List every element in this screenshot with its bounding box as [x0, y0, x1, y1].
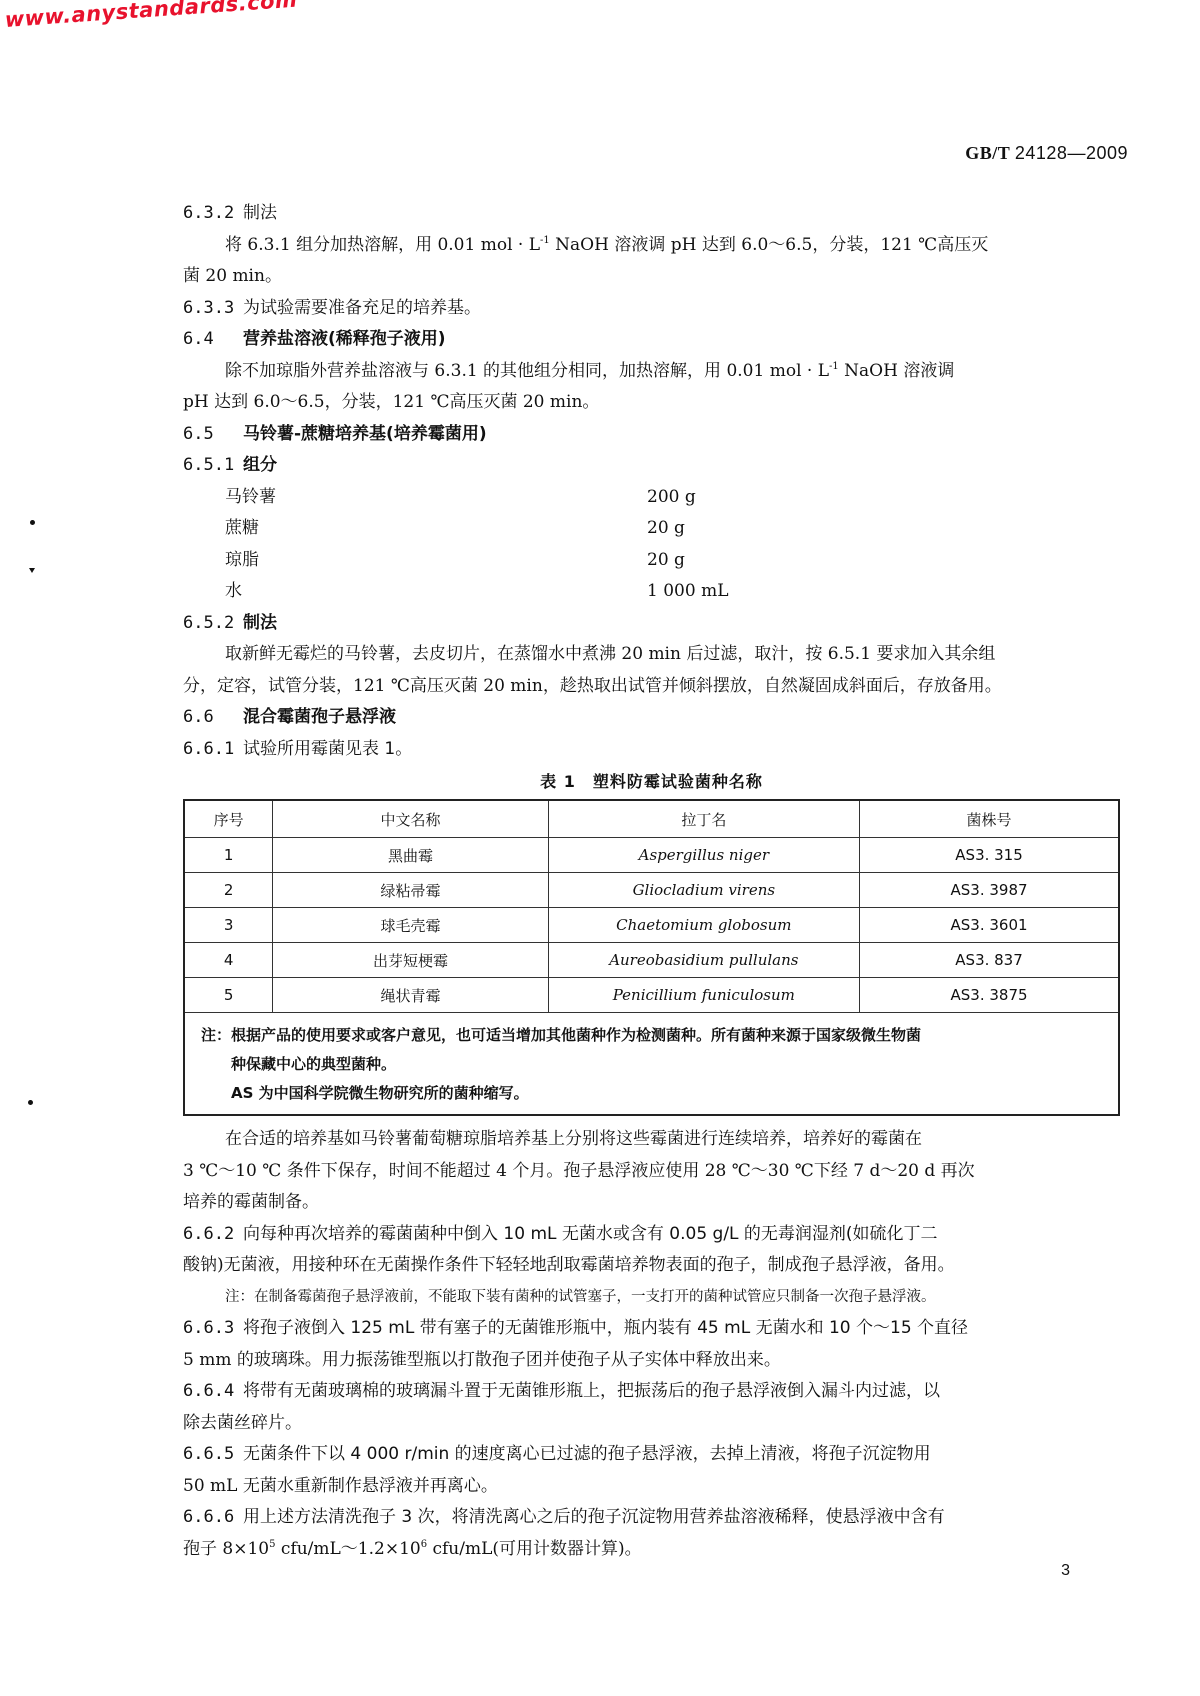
section-6-5-heading: 6.5马铃薯-蔗糖培养基(培养霉菌用) [183, 419, 1120, 451]
section-6-6-4: 6.6.4将带有无菌玻璃棉的玻璃漏斗置于无菌锥形瓶上，把振荡后的孢子悬浮液倒入漏… [183, 1376, 1120, 1408]
component-row: 蔗糖20 g [183, 513, 1120, 545]
table-note: 注：根据产品的使用要求或客户意见，也可适当增加其他菌种作为检测菌种。所有菌种来源… [184, 1013, 1119, 1116]
paragraph: 取新鲜无霉烂的马铃薯，去皮切片，在蒸馏水中煮沸 20 min 后过滤，取汁，按 … [183, 639, 1120, 671]
paragraph: 孢子 8×105 cfu/mL～1.2×106 cfu/mL(可用计数器计算)。 [183, 1534, 1120, 1566]
section-6-3-3: 6.3.3为试验需要准备充足的培养基。 [183, 293, 1120, 325]
component-row: 水1 000 mL [183, 576, 1120, 608]
table-row: 3 球毛壳霉 Chaetomium globosum AS3. 3601 [184, 908, 1119, 943]
binding-hole-mark [29, 568, 35, 573]
standard-prefix: GB/T [965, 143, 1010, 163]
paragraph: 酸钠)无菌液，用接种环在无菌操作条件下轻轻地刮取霉菌培养物表面的孢子，制成孢子悬… [183, 1250, 1120, 1282]
fungi-table: 序号 中文名称 拉丁名 菌株号 1 黑曲霉 Aspergillus niger … [183, 799, 1120, 1116]
column-header: 菌株号 [860, 800, 1119, 838]
binding-hole-mark [30, 520, 35, 525]
section-6-6-1: 6.6.1试验所用霉菌见表 1。 [183, 734, 1120, 766]
section-6-6-heading: 6.6混合霉菌孢子悬浮液 [183, 702, 1120, 734]
paragraph: 菌 20 min。 [183, 261, 1120, 293]
table-header-row: 序号 中文名称 拉丁名 菌株号 [184, 800, 1119, 838]
section-6-3-2-heading: 6.3.2制法 [183, 198, 1120, 230]
note: 注：在制备霉菌孢子悬浮液前，不能取下装有菌种的试管塞子，一支打开的菌种试管应只制… [183, 1282, 1120, 1314]
paragraph: 将 6.3.1 组分加热溶解，用 0.01 mol · L-1 NaOH 溶液调… [183, 230, 1120, 262]
watermark: www.anystandards.com [4, 0, 298, 32]
table-note-row: 注：根据产品的使用要求或客户意见，也可适当增加其他菌种作为检测菌种。所有菌种来源… [184, 1013, 1119, 1116]
standard-code: GB/T 24128—2009 [965, 143, 1128, 164]
section-6-6-6: 6.6.6用上述方法清洗孢子 3 次，将清洗离心之后的孢子沉淀物用营养盐溶液稀释… [183, 1502, 1120, 1534]
paragraph: 除去菌丝碎片。 [183, 1408, 1120, 1440]
paragraph: 分，定容，试管分装，121 ℃高压灭菌 20 min，趁热取出试管并倾斜摆放，自… [183, 671, 1120, 703]
standard-number: 24128—2009 [1015, 143, 1128, 163]
paragraph: 5 mm 的玻璃珠。用力振荡锥型瓶以打散孢子团并使孢子从子实体中释放出来。 [183, 1345, 1120, 1377]
section-6-5-1-heading: 6.5.1组分 [183, 450, 1120, 482]
table-row: 5 绳状青霉 Penicillium funiculosum AS3. 3875 [184, 978, 1119, 1013]
paragraph: 在合适的培养基如马铃薯葡萄糖琼脂培养基上分别将这些霉菌进行连续培养，培养好的霉菌… [183, 1124, 1120, 1156]
section-6-6-3: 6.6.3将孢子液倒入 125 mL 带有塞子的无菌锥形瓶中，瓶内装有 45 m… [183, 1313, 1120, 1345]
section-6-6-5: 6.6.5无菌条件下以 4 000 r/min 的速度离心已过滤的孢子悬浮液，去… [183, 1439, 1120, 1471]
component-row: 琼脂20 g [183, 545, 1120, 577]
paragraph: 除不加琼脂外营养盐溶液与 6.3.1 的其他组分相同，加热溶解，用 0.01 m… [183, 356, 1120, 388]
table-row: 2 绿粘帚霉 Gliocladium virens AS3. 3987 [184, 873, 1119, 908]
page-number: 3 [1061, 1562, 1070, 1580]
section-6-6-2: 6.6.2向每种再次培养的霉菌菌种中倒入 10 mL 无菌水或含有 0.05 g… [183, 1219, 1120, 1251]
column-header: 中文名称 [273, 800, 548, 838]
column-header: 序号 [184, 800, 273, 838]
paragraph: 培养的霉菌制备。 [183, 1187, 1120, 1219]
table-row: 1 黑曲霉 Aspergillus niger AS3. 315 [184, 838, 1119, 873]
section-6-4-heading: 6.4营养盐溶液(稀释孢子液用) [183, 324, 1120, 356]
column-header: 拉丁名 [548, 800, 859, 838]
table-row: 4 出芽短梗霉 Aureobasidium pullulans AS3. 837 [184, 943, 1119, 978]
document-body: 6.3.2制法 将 6.3.1 组分加热溶解，用 0.01 mol · L-1 … [183, 198, 1120, 1565]
paragraph: pH 达到 6.0～6.5，分装，121 ℃高压灭菌 20 min。 [183, 387, 1120, 419]
component-row: 马铃薯200 g [183, 482, 1120, 514]
table-caption: 表 1 塑料防霉试验菌种名称 [183, 765, 1120, 799]
paragraph: 3 ℃～10 ℃ 条件下保存，时间不能超过 4 个月。孢子悬浮液应使用 28 ℃… [183, 1156, 1120, 1188]
paragraph: 50 mL 无菌水重新制作悬浮液并再离心。 [183, 1471, 1120, 1503]
binding-hole-mark [28, 1100, 33, 1105]
section-6-5-2-heading: 6.5.2制法 [183, 608, 1120, 640]
